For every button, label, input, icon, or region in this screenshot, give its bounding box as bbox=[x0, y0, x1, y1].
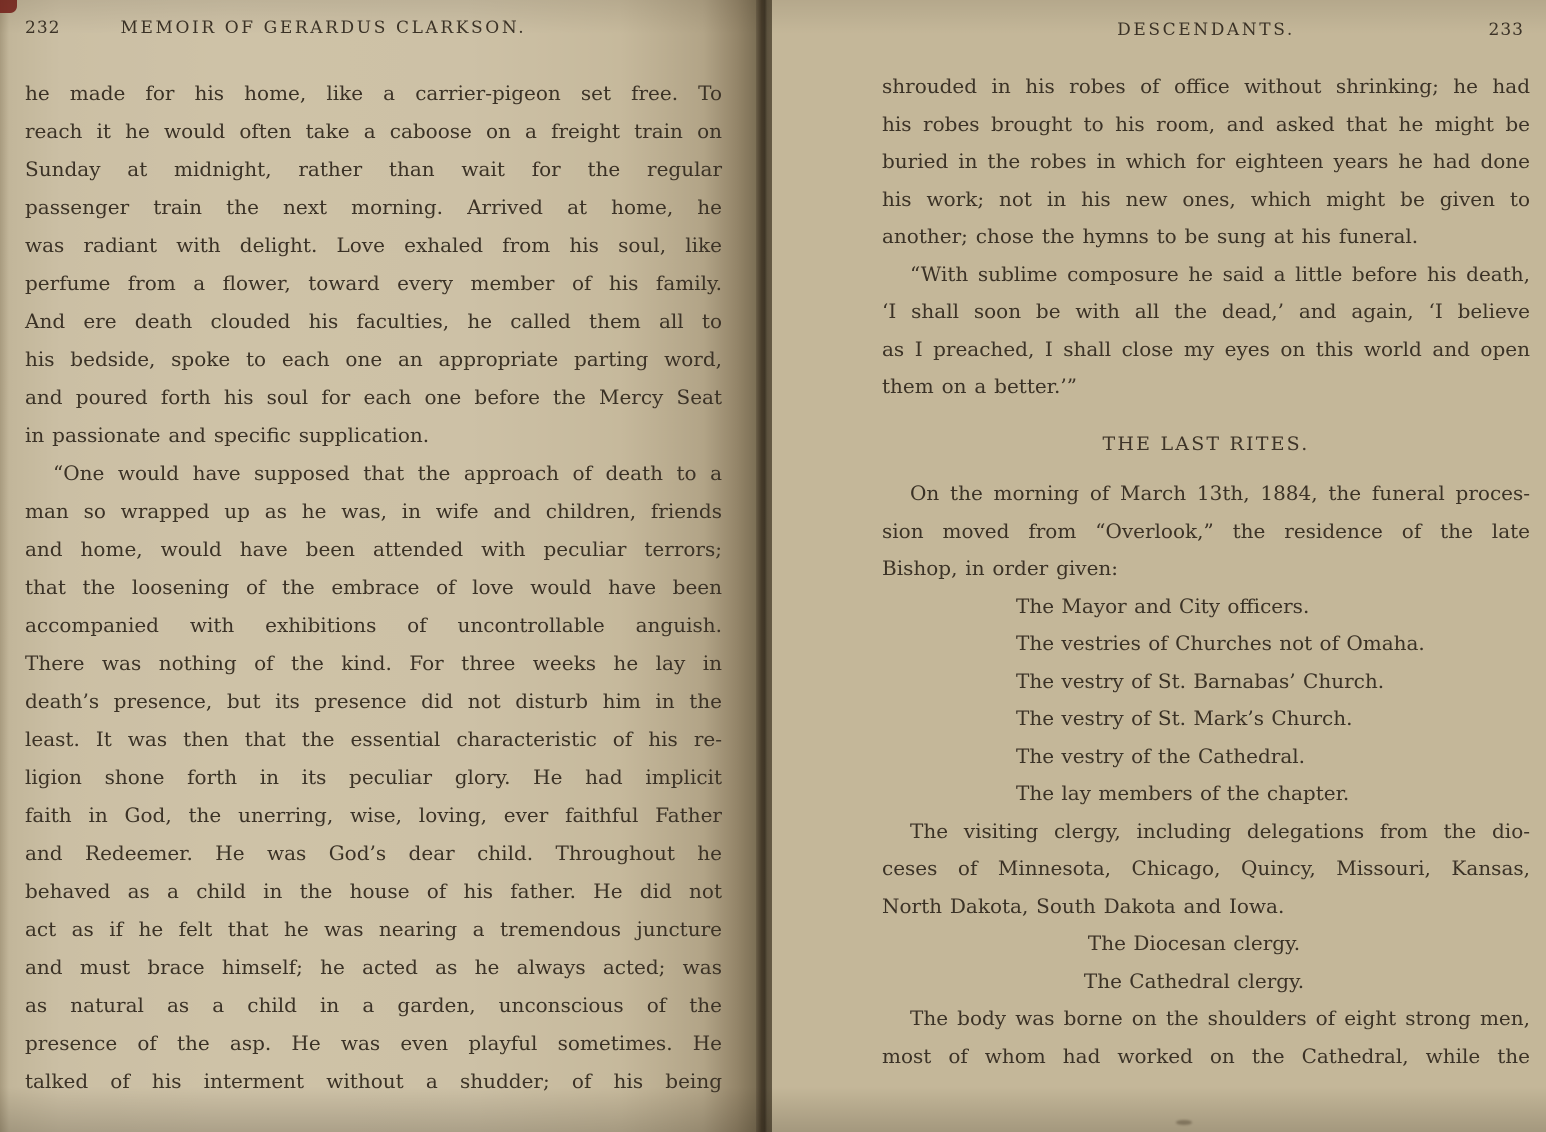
text-line: that the loosening of the embrace of lov… bbox=[25, 568, 722, 606]
section-heading: THE LAST RITES. bbox=[882, 426, 1530, 464]
left-page: 232 MEMOIR OF GERARDUS CLARKSON. he made… bbox=[0, 0, 756, 1132]
text-line: another; chose the hymns to be sung at h… bbox=[882, 218, 1530, 256]
text-line: buried in the robes in which for eightee… bbox=[882, 143, 1530, 181]
text-line: North Dakota, South Dakota and Iowa. bbox=[882, 888, 1530, 926]
text-line: his bedside, spoke to each one an approp… bbox=[25, 340, 722, 378]
text-line: behaved as a child in the house of his f… bbox=[25, 872, 722, 910]
text-line: On the morning of March 13th, 1884, the … bbox=[882, 475, 1530, 513]
text-line: Sunday at midnight, rather than wait for… bbox=[25, 150, 722, 188]
list-item: The Diocesan clergy. bbox=[882, 925, 1530, 963]
right-page-text: shrouded in his robes of office without … bbox=[882, 68, 1530, 1075]
list-item: The vestry of St. Mark’s Church. bbox=[882, 700, 1530, 738]
text-line: Bishop, in order given: bbox=[882, 550, 1530, 588]
text-line: And ere death clouded his faculties, he … bbox=[25, 302, 722, 340]
text-line: ‘I shall soon be with all the dead,’ and… bbox=[882, 293, 1530, 331]
left-running-title: MEMOIR OF GERARDUS CLARKSON. bbox=[120, 18, 526, 38]
right-page: DESCENDANTS. 233 shrouded in his robes o… bbox=[772, 0, 1546, 1132]
text-line: ceses of Minnesota, Chicago, Quincy, Mis… bbox=[882, 850, 1530, 888]
text-line: sion moved from “Overlook,” the residenc… bbox=[882, 513, 1530, 551]
text-line: “One would have supposed that the approa… bbox=[25, 454, 722, 492]
text-line: The visiting clergy, including delegatio… bbox=[882, 813, 1530, 851]
text-line: accompanied with exhibitions of uncontro… bbox=[25, 606, 722, 644]
text-line: his work; not in his new ones, which mig… bbox=[882, 181, 1530, 219]
text-line: most of whom had worked on the Cathedral… bbox=[882, 1038, 1530, 1076]
text-line: death’s presence, but its presence did n… bbox=[25, 682, 722, 720]
text-line: shrouded in his robes of office without … bbox=[882, 68, 1530, 106]
right-page-number: 233 bbox=[1489, 20, 1524, 40]
text-line: talked of his interment without a shudde… bbox=[25, 1062, 722, 1100]
signature-mark bbox=[1176, 1120, 1192, 1125]
list-item: The vestry of St. Barnabas’ Church. bbox=[882, 663, 1530, 701]
text-line: he made for his home, like a carrier-pig… bbox=[25, 74, 722, 112]
list-item: The Cathedral clergy. bbox=[882, 963, 1530, 1001]
text-line: as natural as a child in a garden, uncon… bbox=[25, 986, 722, 1024]
left-page-number: 232 bbox=[25, 18, 60, 38]
text-line: perfume from a flower, toward every memb… bbox=[25, 264, 722, 302]
text-line: as I preached, I shall close my eyes on … bbox=[882, 331, 1530, 369]
text-line: them on a better.’” bbox=[882, 368, 1530, 406]
book-spread: 232 MEMOIR OF GERARDUS CLARKSON. he made… bbox=[0, 0, 1546, 1132]
text-line: man so wrapped up as he was, in wife and… bbox=[25, 492, 722, 530]
text-line: faith in God, the unerring, wise, loving… bbox=[25, 796, 722, 834]
list-item: The Mayor and City officers. bbox=[882, 588, 1530, 626]
text-line: in passionate and specific supplication. bbox=[25, 416, 722, 454]
right-page-content: DESCENDANTS. 233 shrouded in his robes o… bbox=[882, 20, 1530, 1075]
text-line: and Redeemer. He was God’s dear child. T… bbox=[25, 834, 722, 872]
text-line: and poured forth his soul for each one b… bbox=[25, 378, 722, 416]
list-item: The vestries of Churches not of Omaha. bbox=[882, 625, 1530, 663]
text-line: least. It was then that the essential ch… bbox=[25, 720, 722, 758]
text-line: and must brace himself; he acted as he a… bbox=[25, 948, 722, 986]
list-item: The vestry of the Cathedral. bbox=[882, 738, 1530, 776]
left-page-content: 232 MEMOIR OF GERARDUS CLARKSON. he made… bbox=[25, 18, 722, 1100]
text-line: reach it he would often take a caboose o… bbox=[25, 112, 722, 150]
text-line: “With sublime composure he said a little… bbox=[882, 256, 1530, 294]
corner-mark bbox=[0, 0, 17, 13]
list-item: The lay members of the chapter. bbox=[882, 775, 1530, 813]
text-line: was radiant with delight. Love exhaled f… bbox=[25, 226, 722, 264]
text-line: his robes brought to his room, and asked… bbox=[882, 106, 1530, 144]
text-line: ligion shone forth in its peculiar glory… bbox=[25, 758, 722, 796]
text-line: presence of the asp. He was even playful… bbox=[25, 1024, 722, 1062]
left-page-text: he made for his home, like a carrier-pig… bbox=[25, 74, 722, 1100]
book-gutter bbox=[756, 0, 772, 1132]
text-line: and home, would have been attended with … bbox=[25, 530, 722, 568]
text-line: act as if he felt that he was nearing a … bbox=[25, 910, 722, 948]
text-line: The body was borne on the shoulders of e… bbox=[882, 1000, 1530, 1038]
text-line: passenger train the next morning. Arrive… bbox=[25, 188, 722, 226]
right-running-title: DESCENDANTS. bbox=[1117, 20, 1295, 40]
text-line: There was nothing of the kind. For three… bbox=[25, 644, 722, 682]
right-page-header: DESCENDANTS. 233 bbox=[882, 20, 1530, 40]
left-page-header: 232 MEMOIR OF GERARDUS CLARKSON. bbox=[25, 18, 722, 38]
